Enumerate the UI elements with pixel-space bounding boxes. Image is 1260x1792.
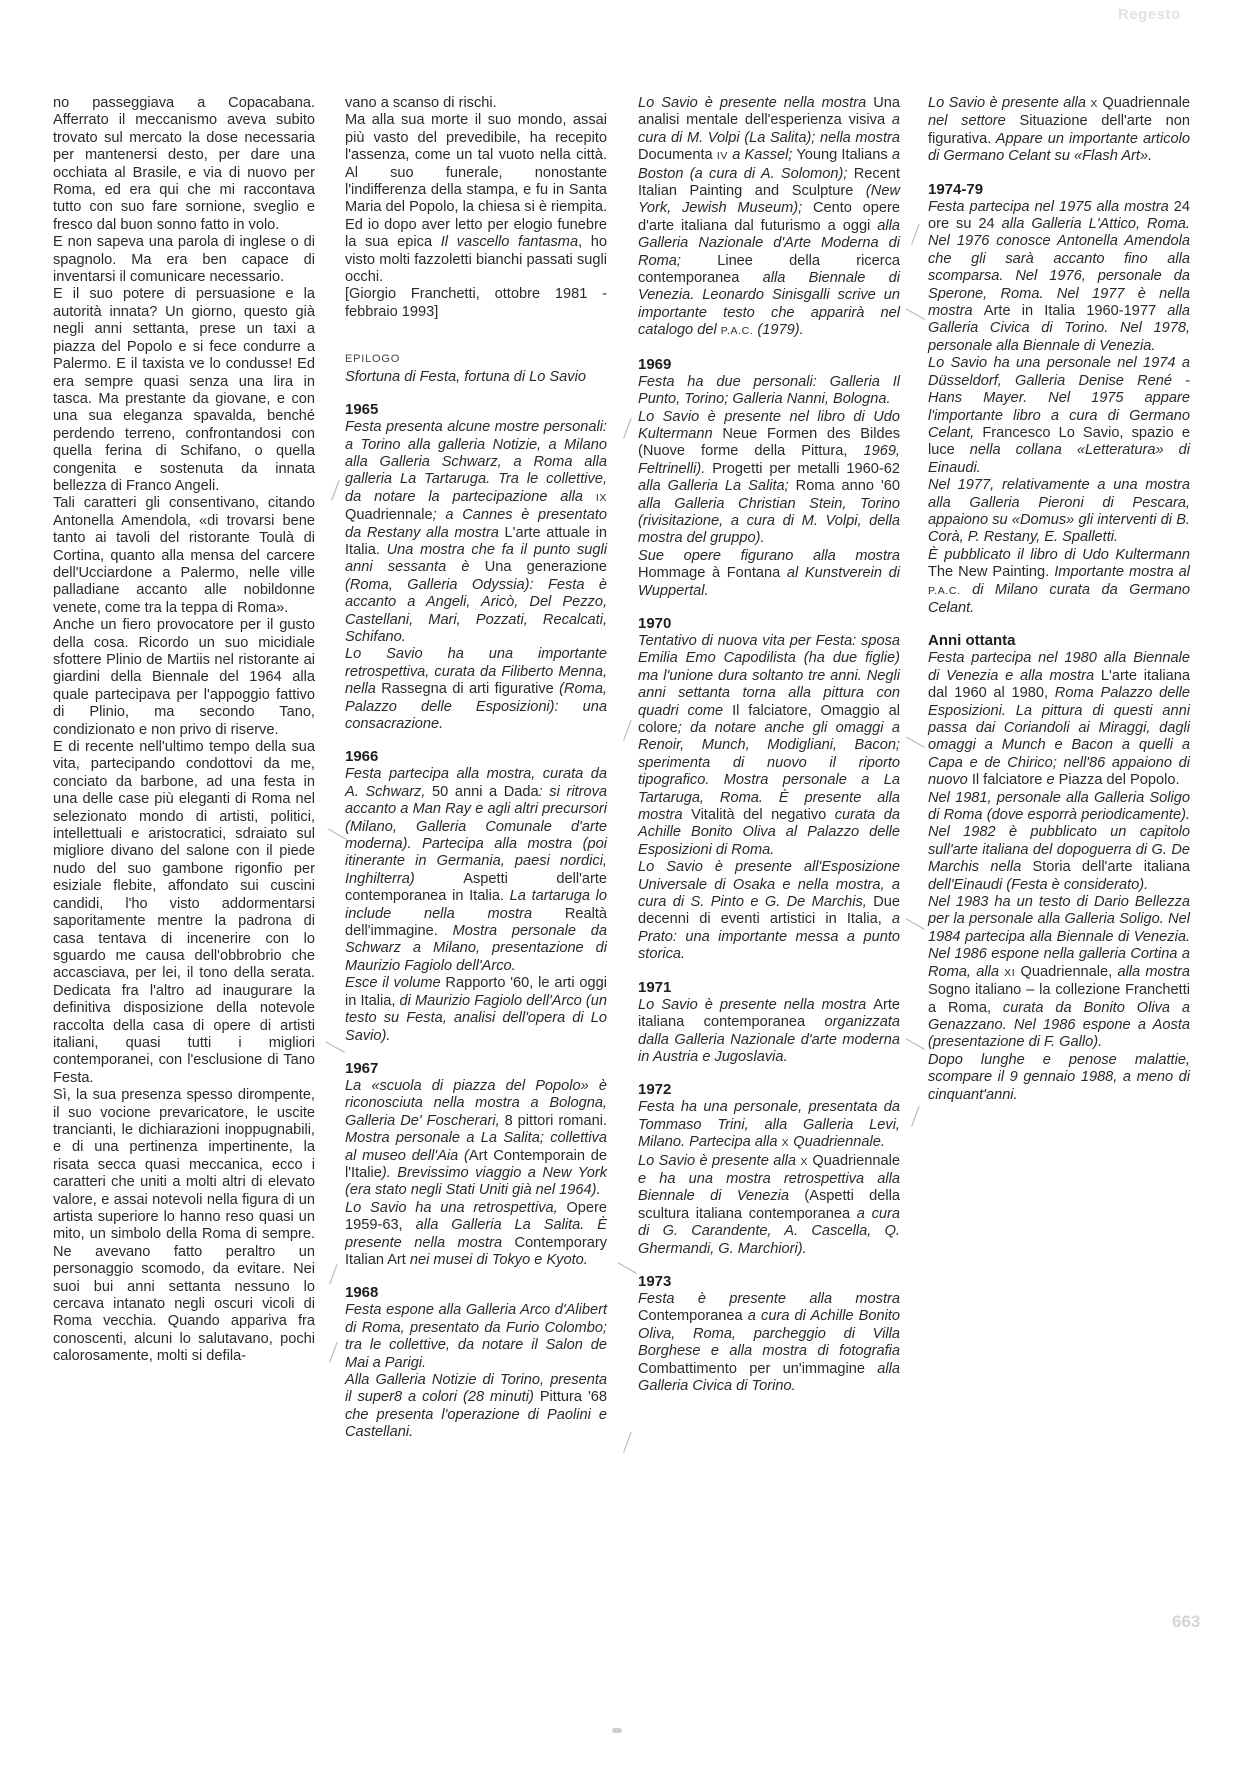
- paragraph: Nel 1981, personale alla Galleria Soligo…: [928, 790, 1190, 894]
- text-run: Young Italians: [792, 147, 887, 163]
- column-3: Lo Savio è presente nella mostra Una ana…: [638, 95, 900, 1395]
- small-caps-run: x: [800, 1156, 808, 1168]
- column-4: Lo Savio è presente alla x Quadriennale …: [928, 95, 1190, 1104]
- italic-run: alla Galleria La Salita;: [638, 478, 789, 494]
- paragraph: Dopo lunghe e penose malattie, scompare …: [928, 1052, 1190, 1104]
- italic-run: e: [1042, 772, 1058, 788]
- memoir-ending: vano a scanso di rischi.Ma alla sua mort…: [345, 95, 607, 286]
- text-run: Progetti per metalli 1960-62: [705, 461, 900, 477]
- paragraph: Festa presenta alcune mostre personali: …: [345, 419, 607, 646]
- pencil-mark-icon: ⟋: [616, 1428, 639, 1458]
- italic-run: che presenta l'operazione di Paolini e C…: [345, 1407, 607, 1440]
- running-head: Regesto: [1118, 6, 1181, 23]
- italic-run: Dopo lunghe e penose malattie, scompare …: [928, 1052, 1190, 1103]
- paragraph: Nel 1977, relativamente a una mostra all…: [928, 477, 1190, 547]
- pencil-mark-icon: ⟋: [616, 414, 639, 444]
- italic-run: Il vascello fantasma: [441, 234, 578, 250]
- italic-run: Lo Savio è presente alla: [928, 95, 1090, 111]
- text-run: Il falciatore: [972, 772, 1043, 788]
- year-heading: 1972: [638, 1080, 900, 1099]
- attribution: [Giorgio Franchetti, ottobre 1981 - febb…: [345, 286, 607, 321]
- paragraph: E il suo potere di persuasione e la auto…: [53, 286, 315, 495]
- text-run: E di recente nell'ultimo tempo della sua…: [53, 739, 315, 1086]
- year-heading: 1973: [638, 1272, 900, 1291]
- paragraph: E non sapeva una parola di inglese o di …: [53, 234, 315, 286]
- year-heading: Anni ottanta: [928, 631, 1190, 650]
- pencil-mark-icon: ⟋: [322, 1338, 345, 1368]
- italic-run: dell'Einaudi (Festa è considerato).: [928, 877, 1148, 893]
- italic-run: Lo Savio è presente alla: [638, 1153, 800, 1169]
- page-number: 663: [1172, 1612, 1200, 1632]
- small-caps-run: x: [1090, 98, 1098, 110]
- paragraph: Lo Savio ha una personale nel 1974 a Düs…: [928, 355, 1190, 477]
- paragraph: vano a scanso di rischi.: [345, 95, 607, 112]
- paragraph: Lo Savio è presente nella mostra Arte it…: [638, 997, 900, 1067]
- italic-run: Lo Savio ha una retrospettiva,: [345, 1200, 566, 1216]
- text-run: 50 anni a Dada: [432, 784, 539, 800]
- year-heading: 1971: [638, 978, 900, 997]
- pencil-mark-icon: ⟍: [904, 300, 927, 330]
- italic-run: alla Galleria Christian Stein, Torino (r…: [638, 496, 900, 547]
- text-run: The New Painting.: [928, 564, 1049, 580]
- pencil-mark-icon: ⟍: [324, 1033, 347, 1063]
- paragraph: Lo Savio è presente nella mostra Una ana…: [638, 95, 900, 341]
- paragraph: no passeggiava a Copacabana. Afferrato i…: [53, 95, 315, 234]
- paragraph: Lo Savio è presente alla x Quadriennale …: [638, 1153, 900, 1258]
- italic-run: Lo Savio è presente nella mostra: [638, 997, 873, 1013]
- paragraph: Tentativo di nuova vita per Festa: sposa…: [638, 633, 900, 859]
- pencil-mark-icon: ⟋: [904, 1102, 927, 1132]
- pencil-mark-icon: ⟍: [616, 1254, 639, 1284]
- paragraph: Esce il volume Rapporto '60, le arti ogg…: [345, 975, 607, 1045]
- year-heading: 1968: [345, 1283, 607, 1302]
- text-run: Roma anno '60: [789, 478, 900, 494]
- text-run: Quadriennale: [1098, 95, 1190, 111]
- italic-run: Esce il volume: [345, 975, 445, 991]
- pencil-mark-icon: ⟍: [904, 728, 927, 758]
- paragraph: Festa espone alla Galleria Arco d'Aliber…: [345, 1302, 607, 1372]
- paragraph: Lo Savio è presente all'Esposizione Univ…: [638, 859, 900, 963]
- paragraph: Sì, la sua presenza spesso dirompente, i…: [53, 1087, 315, 1366]
- text-run: Hommage à Fontana: [638, 565, 780, 581]
- text-run: no passeggiava a Copacabana. Afferrato i…: [53, 95, 315, 233]
- paragraph: Sue opere figurano alla mostra Hommage à…: [638, 548, 900, 600]
- italic-run: Festa presenta alcune mostre personali: …: [345, 419, 607, 505]
- paragraph: Lo Savio è presente alla x Quadriennale …: [928, 95, 1190, 166]
- paragraph: La «scuola di piazza del Popolo» è ricon…: [345, 1078, 607, 1200]
- year-heading: 1969: [638, 355, 900, 374]
- scan-artifact: [612, 1728, 622, 1733]
- italic-run: di Milano curata da Germano Celant.: [928, 582, 1190, 616]
- paragraph: Festa ha due personali: Galleria Il Punt…: [638, 374, 900, 409]
- italic-run: È pubblicato il libro di Udo Kultermann: [928, 547, 1190, 563]
- text-run: 8 pittori romani.: [505, 1113, 607, 1129]
- small-caps-run: ix: [596, 492, 607, 504]
- text-run: Piazza del Popolo.: [1059, 772, 1180, 788]
- text-run: Ma alla sua morte il suo mondo, assai pi…: [345, 112, 607, 250]
- year-heading: 1966: [345, 747, 607, 766]
- paragraph: Alla Galleria Notizie di Torino, present…: [345, 1372, 607, 1442]
- text-run: Quadriennale: [345, 507, 433, 523]
- italic-run: Importante mostra al: [1049, 564, 1190, 580]
- italic-run: nel settore: [928, 113, 1019, 129]
- paragraph: Lo Savio è presente nel libro di Udo Kul…: [638, 409, 900, 548]
- section-title: Sfortuna di Festa, fortuna di Lo Savio: [345, 369, 607, 386]
- italic-run: Festa è presente alla mostra: [638, 1291, 900, 1307]
- text-run: Quadriennale: [808, 1153, 900, 1169]
- italic-run: Sue opere figurano alla mostra: [638, 548, 900, 564]
- italic-run: Nel 1977, relativamente a una mostra all…: [928, 477, 1190, 545]
- italic-run: (1979).: [753, 322, 803, 338]
- text-run: Quadriennale,: [1015, 964, 1112, 980]
- text-run: E il suo potere di persuasione e la auto…: [53, 286, 315, 493]
- paragraph: Festa partecipa nel 1975 alla mostra 24 …: [928, 199, 1190, 356]
- italic-run: Festa partecipa nel 1975 alla mostra: [928, 199, 1174, 215]
- column-1: no passeggiava a Copacabana. Afferrato i…: [53, 95, 315, 1366]
- year-heading: 1970: [638, 614, 900, 633]
- pencil-mark-icon: ⟋: [324, 476, 347, 506]
- column-2: vano a scanso di rischi.Ma alla sua mort…: [345, 95, 607, 1442]
- italic-run: nei musei di Tokyo e Kyoto.: [406, 1252, 588, 1268]
- italic-run: ). Brevissimo viaggio a New York (era st…: [345, 1165, 607, 1198]
- text-run: Rassegna di arti figurative: [381, 681, 554, 697]
- small-caps-run: p.a.c.: [721, 325, 754, 337]
- small-caps-run: p.a.c.: [928, 585, 961, 597]
- pencil-mark-icon: ⟋: [322, 1260, 345, 1290]
- pencil-mark-icon: ⟋: [616, 716, 639, 746]
- italic-run: Quadriennale.: [789, 1134, 885, 1150]
- section-label: EPILOGO: [345, 351, 607, 368]
- small-caps-run: iv: [717, 150, 728, 162]
- small-caps-run: xi: [1004, 967, 1015, 979]
- italic-run: nella collana «Letteratura» di Einaudi.: [928, 442, 1190, 475]
- year-heading: 1974-79: [928, 180, 1190, 199]
- year-heading: 1965: [345, 400, 607, 419]
- pencil-mark-icon: ⟍: [904, 1030, 927, 1060]
- italic-run: Lo Savio è presente nella mostra: [638, 95, 873, 111]
- text-run: E non sapeva una parola di inglese o di …: [53, 234, 315, 285]
- text-run: Storia dell'arte italiana: [1032, 859, 1190, 875]
- paragraph: E di recente nell'ultimo tempo della sua…: [53, 739, 315, 1087]
- paragraph: Festa è presente alla mostra Contemporan…: [638, 1291, 900, 1395]
- paragraph: Festa partecipa nel 1980 alla Biennale d…: [928, 650, 1190, 789]
- chronology-entries: 1965Festa presenta alcune mostre persona…: [345, 400, 607, 1442]
- text-run: Contemporanea: [638, 1308, 743, 1324]
- italic-run: Festa ha due personali: Galleria Il Punt…: [638, 374, 900, 407]
- italic-run: (Roma, Galleria Odyssia): Festa è accant…: [345, 577, 607, 645]
- text-run: Arte in Italia 1960-1977: [984, 303, 1156, 319]
- italic-run: Festa espone alla Galleria Arco d'Aliber…: [345, 1302, 607, 1370]
- year-heading: 1967: [345, 1059, 607, 1078]
- text-run: Anche un fiero provocatore per il gusto …: [53, 617, 315, 737]
- pencil-mark-icon: ⟍: [904, 910, 927, 940]
- text-run: Sì, la sua presenza spesso dirompente, i…: [53, 1087, 315, 1364]
- italic-run: alla mostra: [1112, 964, 1190, 980]
- paragraph: Tali caratteri gli consentivano, citando…: [53, 495, 315, 617]
- text-run: Pittura '68: [540, 1389, 607, 1405]
- paragraph: Lo Savio ha una retrospettiva, Opere 195…: [345, 1200, 607, 1270]
- pencil-mark-icon: ⟋: [904, 220, 927, 250]
- text-run: Documenta: [638, 147, 717, 163]
- italic-run: a Kassel;: [728, 147, 792, 163]
- paragraph: Lo Savio ha una importante retrospettiva…: [345, 646, 607, 733]
- text-run: Vitalità del negativo: [691, 807, 826, 823]
- paragraph: È pubblicato il libro di Udo Kultermann …: [928, 547, 1190, 618]
- paragraph: Nel 1983 ha un testo di Dario Bellezza p…: [928, 894, 1190, 1052]
- paragraph: Festa partecipa alla mostra, curata da A…: [345, 766, 607, 975]
- text-run: Una generazione: [485, 559, 607, 575]
- paragraph: Ma alla sua morte il suo mondo, assai pi…: [345, 112, 607, 286]
- text-run: vano a scanso di rischi.: [345, 95, 497, 111]
- paragraph: Festa ha una personale, presentata da To…: [638, 1099, 900, 1152]
- text-run: Tali caratteri gli consentivano, citando…: [53, 495, 315, 615]
- text-run: Combattimento per un'immagine: [638, 1361, 865, 1377]
- paragraph: Anche un fiero provocatore per il gusto …: [53, 617, 315, 739]
- italic-run: Lo Savio è presente all'Esposizione Univ…: [638, 859, 900, 910]
